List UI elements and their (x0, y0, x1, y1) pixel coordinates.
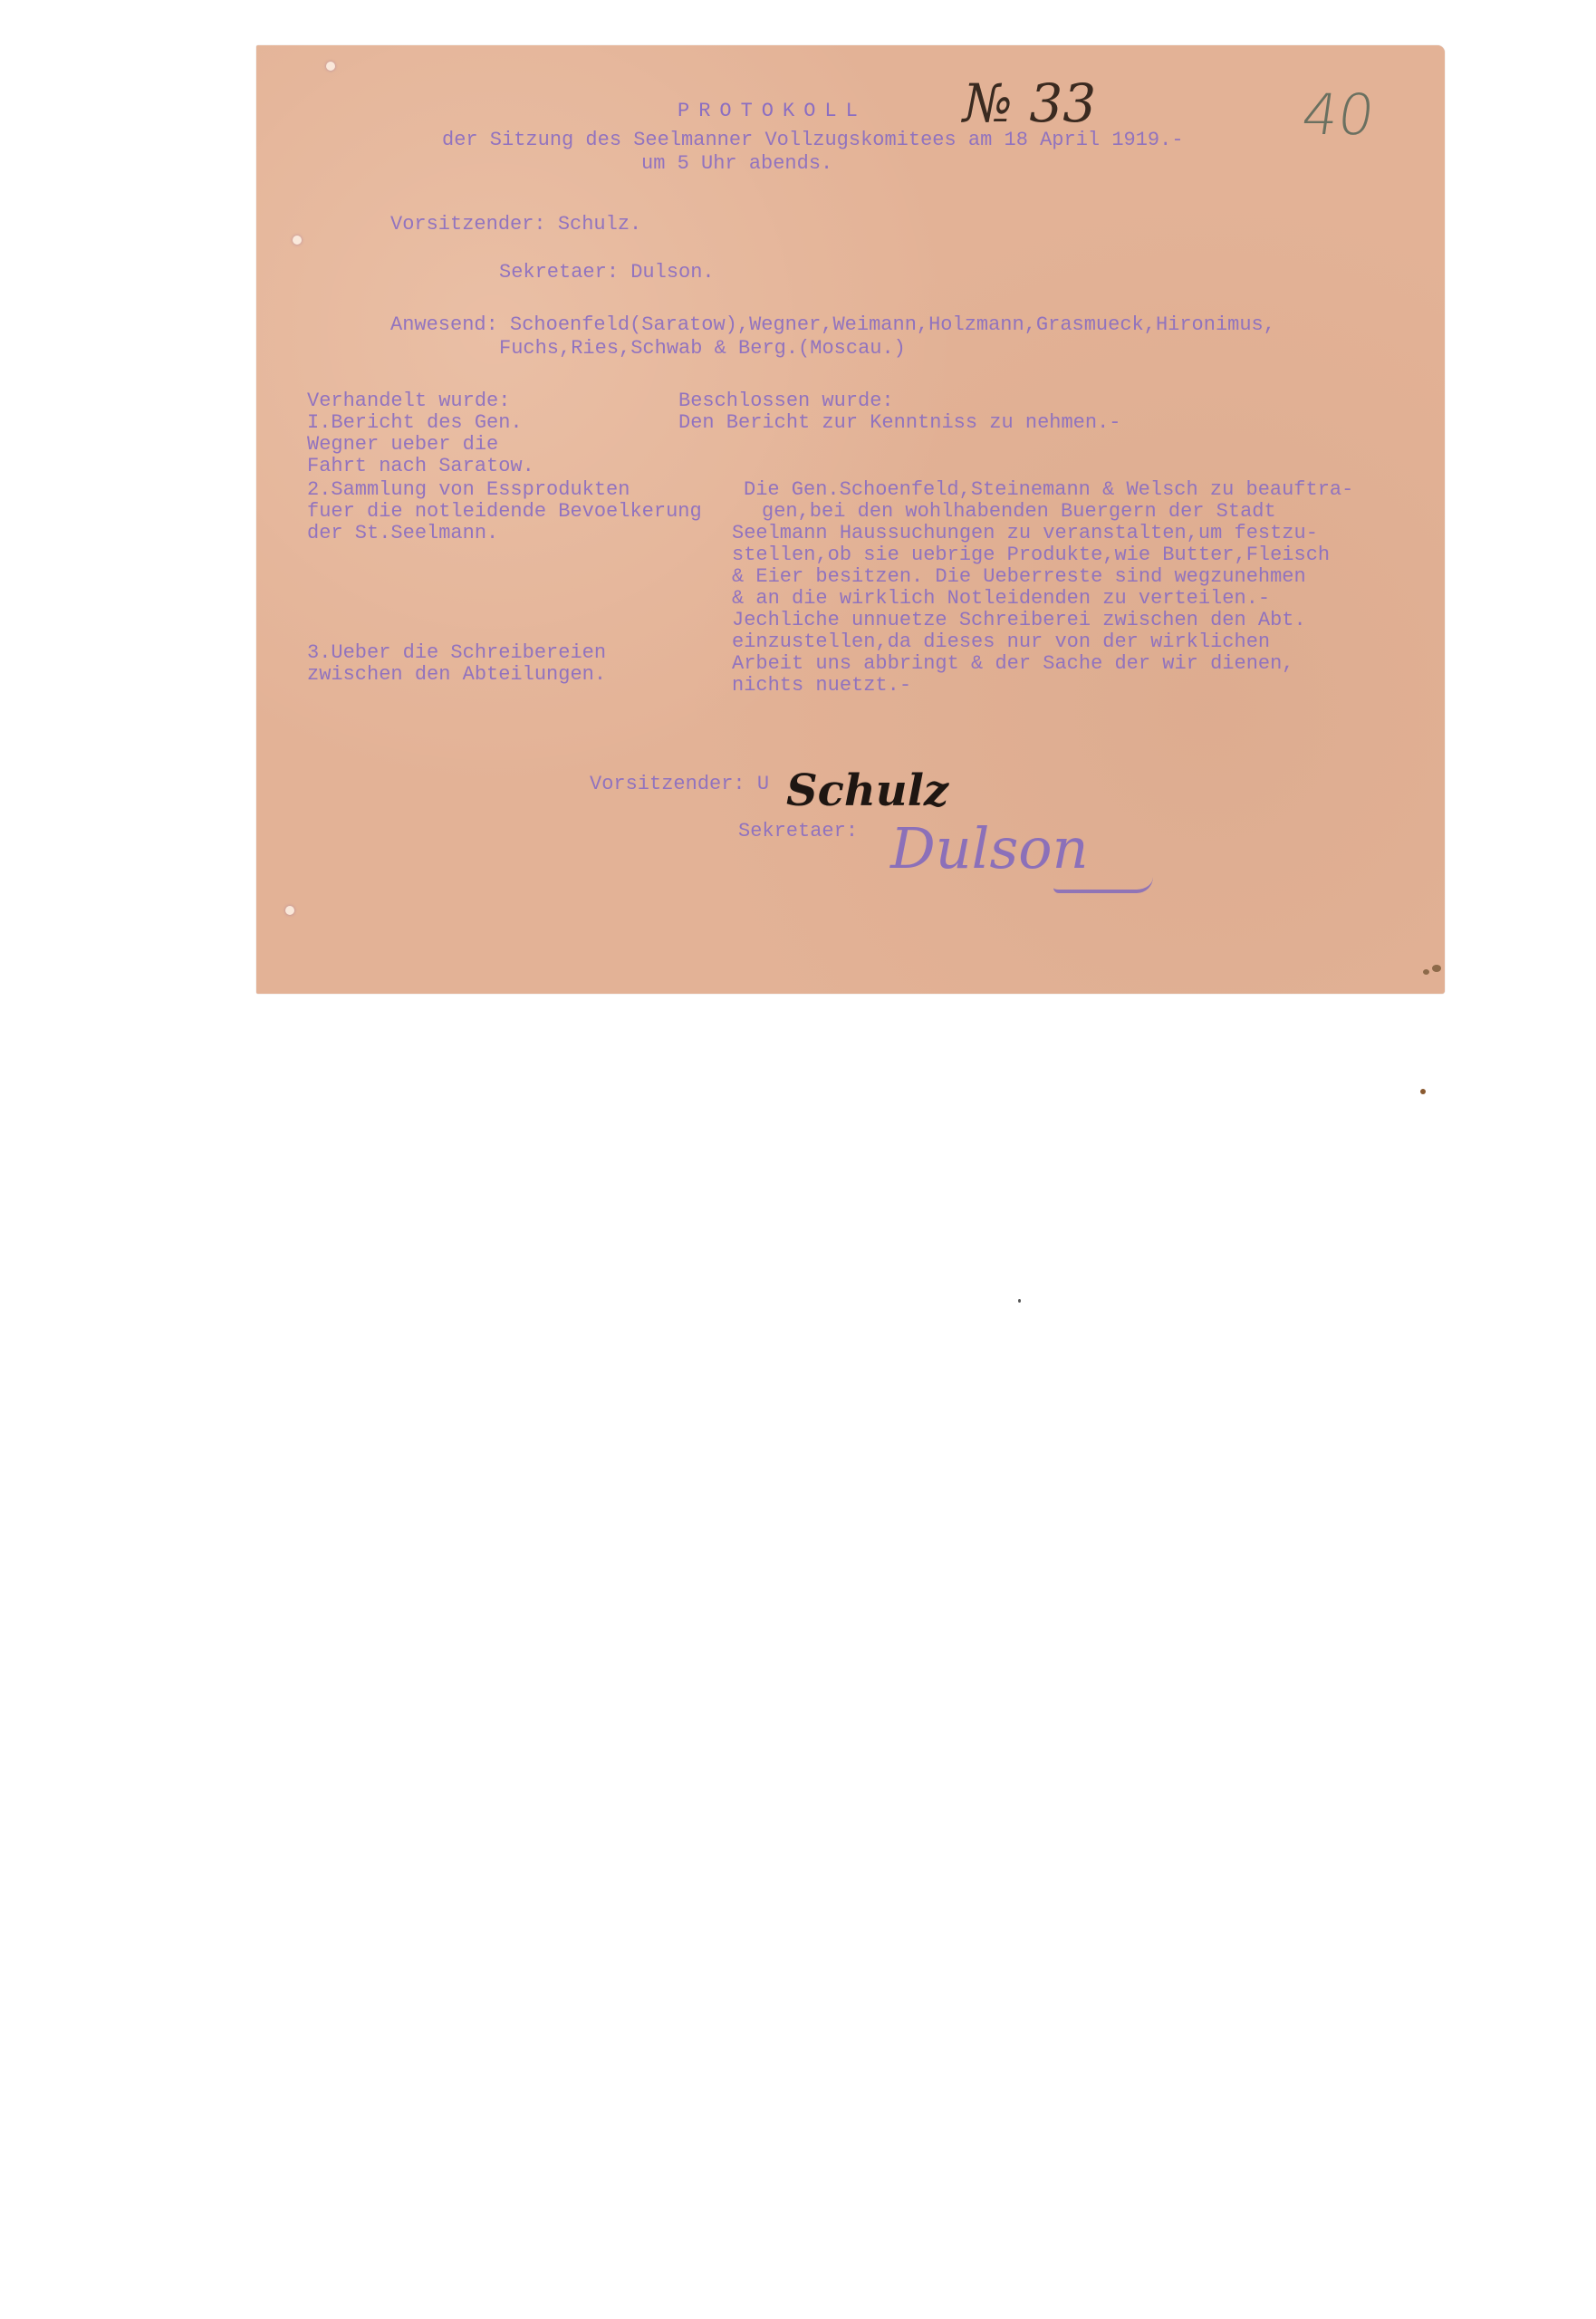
secretary-line: Sekretaer: Dulson. (499, 261, 715, 284)
agenda-heading: Verhandelt wurde: (307, 390, 510, 413)
stain-spot (1432, 965, 1441, 972)
agenda-line: Fahrt nach Saratow. (307, 455, 534, 478)
document-subtitle: der Sitzung des Seelmanner Vollzugskomit… (442, 129, 1184, 152)
resolution-heading: Beschlossen wurde: (678, 390, 894, 413)
agenda-line: fuer die notleidende Bevoelkerung (307, 500, 702, 524)
document-page: № 33 40 PROTOKOLL der Sitzung des Seelma… (256, 45, 1445, 994)
agenda-line: der St.Seelmann. (307, 522, 498, 545)
chairman-signature: Schulz (786, 765, 948, 816)
agenda-line: Wegner ueber die (307, 433, 498, 457)
stain-spot (1423, 969, 1429, 975)
present-line-2: Fuchs,Ries,Schwab & Berg.(Moscau.) (499, 337, 906, 361)
resolution-line: stellen,ob sie uebrige Produkte,wie Butt… (732, 544, 1330, 567)
agenda-line: 2.Sammlung von Essprodukten (307, 478, 630, 502)
chairman-line: Vorsitzender: Schulz. (390, 213, 641, 236)
punch-hole (285, 906, 294, 915)
agenda-line: 3.Ueber die Schreibereien (307, 641, 606, 665)
document-subtitle-time: um 5 Uhr abends. (641, 152, 832, 176)
resolution-line: einzustellen,da dieses nur von der wirkl… (732, 630, 1270, 654)
agenda-line: zwischen den Abteilungen. (307, 663, 606, 687)
resolution-line: Den Bericht zur Kenntniss zu nehmen.- (678, 411, 1120, 435)
handwritten-document-number: № 33 (963, 72, 1096, 134)
signature-flourish (1053, 877, 1153, 893)
agenda-line: I.Bericht des Gen. (307, 411, 523, 435)
pencil-page-number: 40 (1298, 82, 1379, 148)
resolution-line: Die Gen.Schoenfeld,Steinemann & Welsch z… (744, 478, 1353, 502)
resolution-line: gen,bei den wohlhabenden Buergern der St… (762, 500, 1276, 524)
resolution-line: Jechliche unnuetze Schreiberei zwischen … (732, 609, 1306, 632)
punch-hole (326, 62, 335, 71)
stain-spot (1420, 1089, 1426, 1094)
resolution-line: & an die wirklich Notleidenden zu vertei… (732, 587, 1270, 611)
secretary-signature-label: Sekretaer: (738, 820, 858, 843)
present-line-1: Anwesend: Schoenfeld(Saratow),Wegner,Wei… (390, 313, 1275, 337)
punch-hole (293, 236, 302, 245)
resolution-line: & Eier besitzen. Die Ueberreste sind weg… (732, 565, 1306, 589)
document-title: PROTOKOLL (678, 100, 867, 122)
resolution-line: Arbeit uns abbringt & der Sache der wir … (732, 652, 1294, 676)
chairman-signature-label: Vorsitzender: U (590, 773, 769, 796)
resolution-line: nichts nuetzt.- (732, 674, 911, 698)
stain-spot (1018, 1299, 1021, 1303)
resolution-line: Seelmann Haussuchungen zu veranstalten,u… (732, 522, 1318, 545)
secretary-signature: Dulson (890, 815, 1089, 881)
